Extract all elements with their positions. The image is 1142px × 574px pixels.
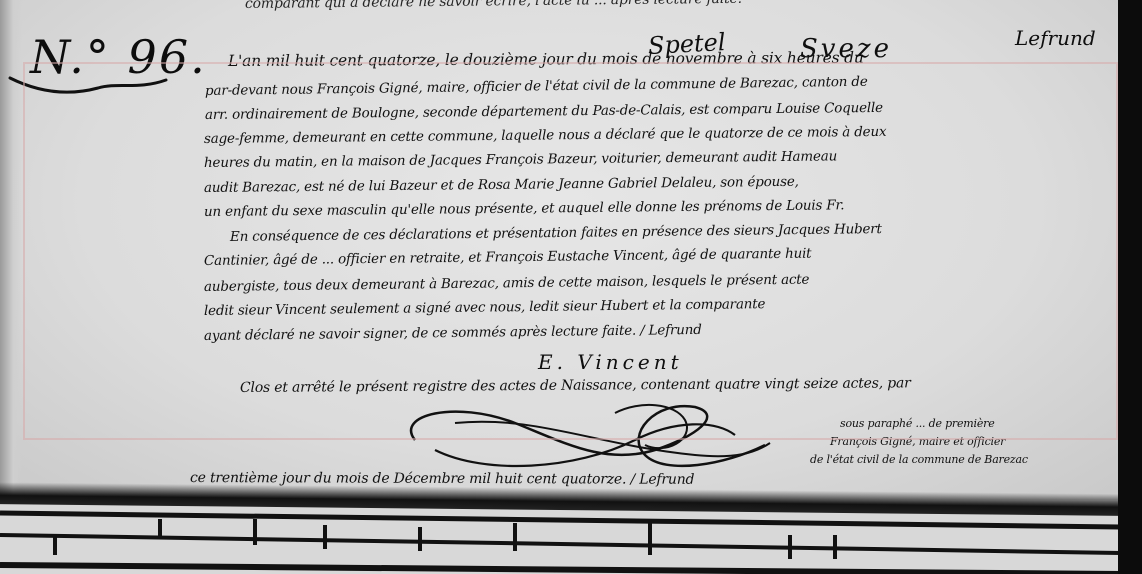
body-line-4: sage-femme, demeurant en cette commune, … <box>204 124 886 147</box>
margin-note-2: François Gigné, maire et officier <box>830 435 1005 448</box>
body-line-7: un enfant du sexe masculin qu'elle nous … <box>204 197 844 220</box>
body-line-3: arr. ordinairement de Boulogne, seconde … <box>205 100 883 123</box>
body-line-10: aubergiste, tous deux demeurant à Bareza… <box>204 272 809 295</box>
body-line-6: audit Barezac, est né de lui Bazeur et d… <box>204 174 799 196</box>
scan-right-edge <box>1118 0 1142 574</box>
body-line-12: ayant déclaré ne savoir signer, de ce so… <box>204 322 702 344</box>
signature-witness-vincent: E. Vincent <box>538 350 683 374</box>
header-fragment: comparant qui a déclaré ne savoir écrire… <box>245 0 742 12</box>
body-line-1: L'an mil huit cent quatorze, le douzième… <box>228 49 864 70</box>
closing-line-1: Clos et arrêté le présent registre des a… <box>240 375 911 396</box>
entry-number-flourish <box>8 72 168 100</box>
body-line-8: En conséquence de ces déclarations et pr… <box>230 221 882 245</box>
ledger-ruled-lines <box>0 505 1120 574</box>
margin-note-1: sous paraphé ... de première <box>840 417 995 430</box>
document-page: comparant qui a déclaré ne savoir écrire… <box>0 0 1120 500</box>
body-line-11: ledit sieur Vincent seulement a signé av… <box>204 296 765 319</box>
signature-lefrund-top: Lefrund <box>1015 26 1096 50</box>
body-line-9: Cantinier, âgé de ... officier en retrai… <box>204 246 812 269</box>
margin-note-3: de l'état civil de la commune de Barezac <box>810 453 1028 466</box>
body-line-5: heures du matin, en la maison de Jacques… <box>204 148 837 171</box>
body-line-2: par-devant nous François Gigné, maire, o… <box>205 74 868 99</box>
